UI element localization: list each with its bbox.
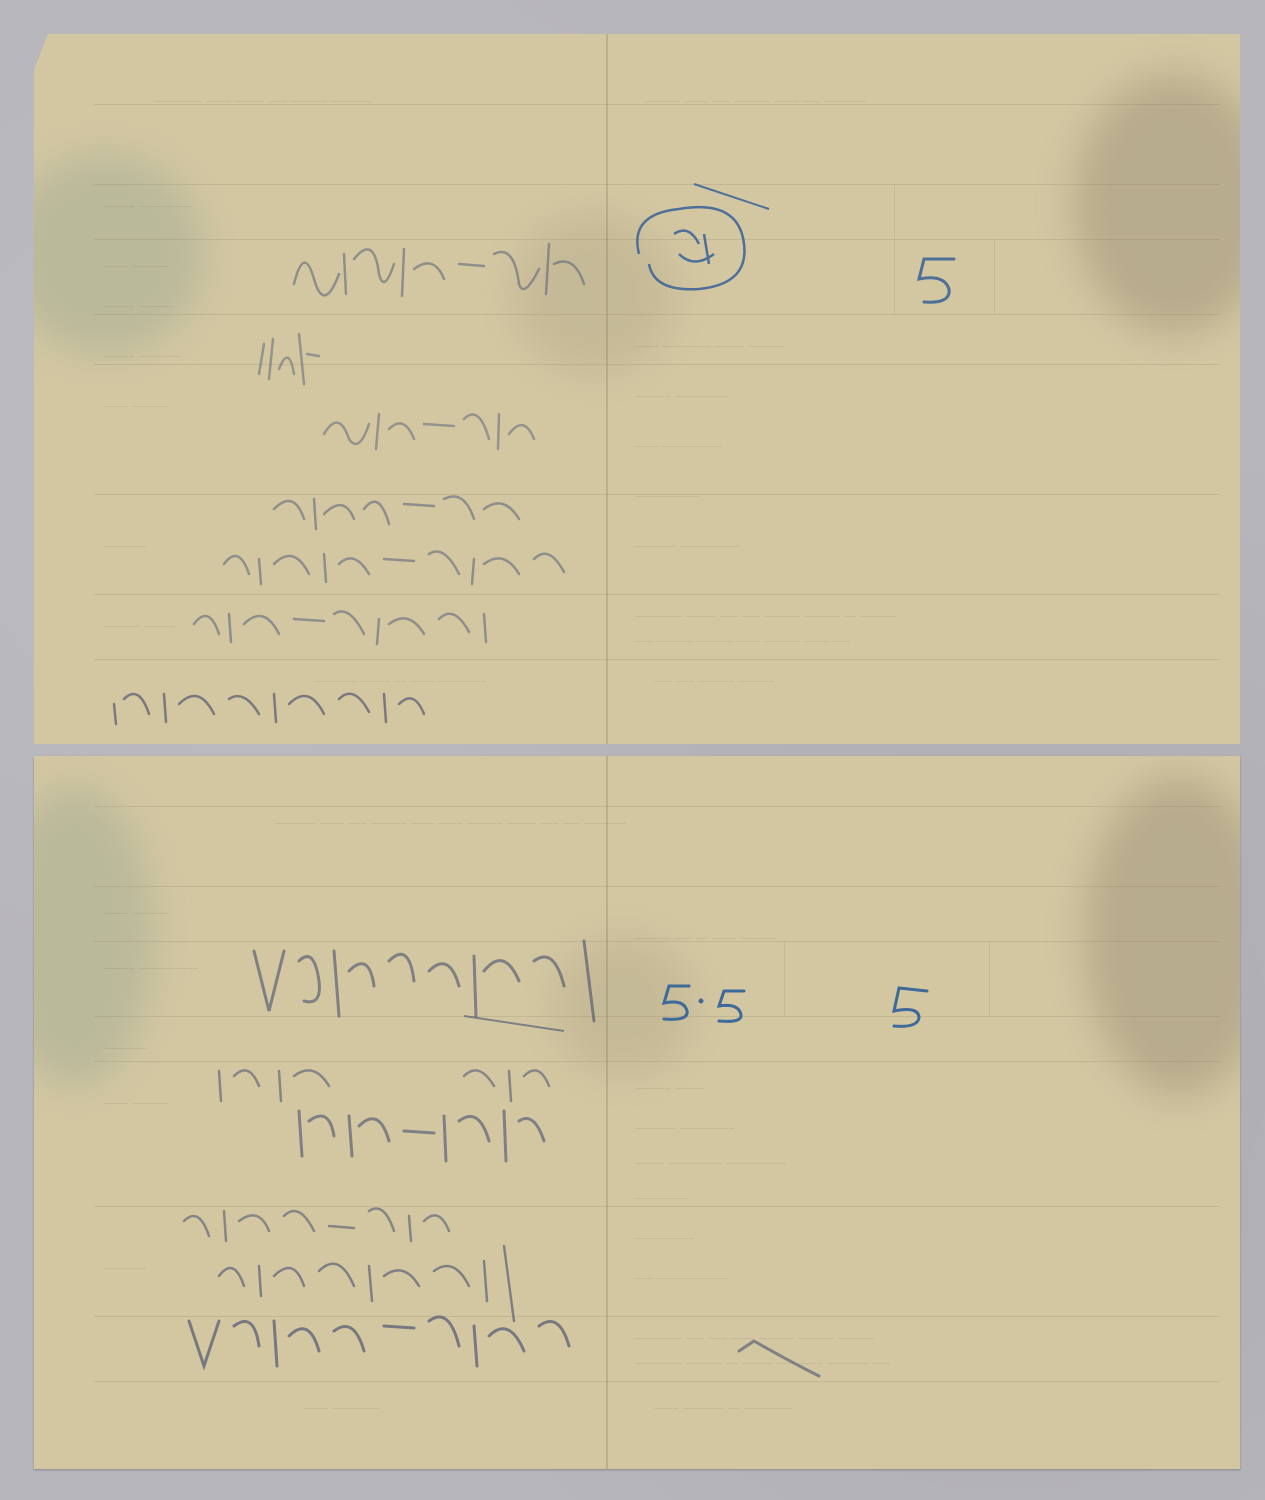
printed-show-through: _________ _____ — [104, 194, 192, 207]
top-form-sheet: _______ ______ ___ _____ ____ ________ _… — [34, 34, 1240, 744]
pencil-handwriting — [284, 1091, 554, 1171]
printed-show-through: ______ ____ — [104, 254, 168, 267]
printed-show-through: ______ ____ — [104, 901, 168, 914]
vertical-rule — [994, 239, 995, 314]
pencil-handwriting — [174, 1296, 594, 1376]
printed-show-through: _______ — [104, 1036, 146, 1049]
pencil-handwriting — [284, 224, 614, 314]
printed-show-through: ______ ______ ___ ___ — [654, 669, 774, 682]
pencil-handwriting — [249, 324, 329, 394]
printed-show-through: __________ _________ _____ — [634, 1151, 786, 1164]
vertical-rule — [894, 184, 895, 314]
stain — [1074, 74, 1240, 334]
fold-line — [606, 34, 608, 744]
pencil-handwriting — [314, 394, 544, 464]
printed-show-through: ______ __ ______ ______ ___ ___ _____ __… — [634, 604, 896, 617]
blue-numerals-5-5 — [649, 971, 759, 1031]
vertical-rule — [989, 941, 990, 1016]
bottom-form-sheet: _______ ___ ___ _____ ______ ____ ____ _… — [34, 756, 1240, 1469]
ruled-line — [94, 806, 1220, 807]
printed-show-through: ________ ____ — [304, 1396, 380, 1409]
blue-numeral-5 — [869, 976, 939, 1036]
ruled-line — [94, 886, 1220, 887]
printed-show-through: _______ ______ ___ _____ ____ ________ — [154, 89, 372, 102]
pencil-handwriting — [264, 479, 544, 539]
printed-show-through: ____________ ___ — [634, 1266, 728, 1279]
stain — [1084, 776, 1240, 1096]
fold-line — [606, 756, 608, 1469]
pencil-handwriting — [184, 594, 524, 649]
blue-numeral-5 — [899, 244, 969, 314]
ruled-line — [94, 659, 1220, 660]
pencil-handwriting — [214, 534, 584, 589]
printed-show-through: ______ ____ — [104, 394, 168, 407]
ruled-line — [94, 314, 1220, 315]
pencil-handwriting — [104, 674, 434, 729]
printed-show-through: __________ _______ — [634, 534, 740, 547]
printed-show-through: ________ __ _______ ____ — [654, 1396, 792, 1409]
blue-circled-mark — [619, 174, 779, 314]
printed-show-through: __________ _____ — [104, 956, 198, 969]
printed-show-through: _________ — [634, 1186, 688, 1199]
printed-show-through: _______ ___ ___ _____ ______ ____ ____ _… — [274, 811, 626, 824]
pencil-handwriting — [234, 931, 634, 1041]
printed-show-through: _________ _______ — [634, 1116, 734, 1129]
printed-show-through: ______ ____ — [104, 1091, 168, 1104]
printed-show-through: _______ — [104, 1256, 146, 1269]
printed-show-through: __________ — [634, 1226, 694, 1239]
printed-show-through: _______ — [104, 534, 146, 547]
printed-show-through: _________ ______ — [634, 384, 728, 397]
printed-show-through: ___ ____ ______ ____ ______ ______ ___ — [634, 629, 850, 642]
printed-show-through: ______ ____ __ ___ ______ — [634, 926, 776, 939]
pencil-check-mark — [729, 1331, 829, 1391]
printed-show-through: _____ ______ — [634, 1076, 704, 1089]
ruled-line — [94, 104, 1220, 105]
vertical-rule — [784, 941, 785, 1016]
ruled-line — [94, 1381, 1220, 1382]
printed-show-through: _______ ___ ____ ______ ___ ____ ______ — [644, 89, 866, 102]
printed-show-through: _____ ______ — [104, 614, 174, 627]
printed-show-through: ______ _____ — [104, 294, 174, 307]
printed-show-through: ___________ — [634, 484, 700, 497]
printed-show-through: __________ ____ — [634, 434, 722, 447]
printed-show-through: ______ _____ ________ ____ — [634, 334, 784, 347]
printed-show-through: _______ _____ — [104, 344, 180, 357]
